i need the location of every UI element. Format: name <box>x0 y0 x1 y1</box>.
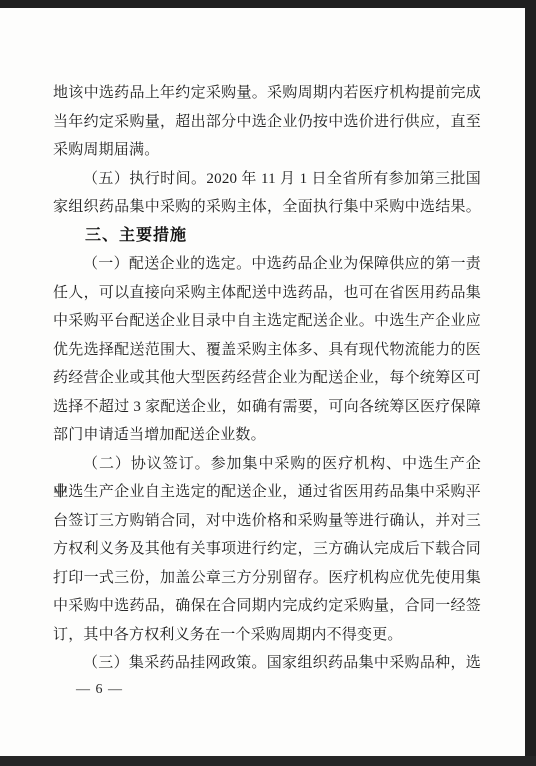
text-line: 地该中选药品上年约定采购量。采购周期内若医疗机构提前完成 <box>53 79 481 108</box>
scan-edge-right <box>525 0 536 766</box>
section-heading: 三、主要措施 <box>53 222 481 251</box>
text-line: 采购周期届满。 <box>53 136 481 165</box>
text-line: 优先选择配送范围大、覆盖采购主体多、具有现代物流能力的医 <box>53 336 481 365</box>
text-line: （二）协议签订。参加集中采购的医疗机构、中选生产企业、 <box>53 450 481 479</box>
text-line: 任人，可以直接向采购主体配送中选药品，也可在省医用药品集 <box>53 279 481 308</box>
scanned-document-page: 地该中选药品上年约定采购量。采购周期内若医疗机构提前完成当年约定采购量，超出部分… <box>0 0 536 766</box>
text-line: 选择不超过 3 家配送企业，如确有需要，可向各统筹区医疗保障 <box>53 393 481 422</box>
page-number: — 6 — <box>76 682 123 698</box>
text-line: （一）配送企业的选定。中选药品企业为保障供应的第一责 <box>53 250 481 279</box>
text-line: 药经营企业或其他大型医药经营企业为配送企业，每个统筹区可 <box>53 364 481 393</box>
scan-edge-top <box>0 0 536 8</box>
text-line: （三）集采药品挂网政策。国家组织药品集中采购品种，选 <box>53 649 481 678</box>
text-line: （五）执行时间。2020 年 11 月 1 日全省所有参加第三批国 <box>53 165 481 194</box>
text-line: 台签订三方购销合同，对中选价格和采购量等进行确认，并对三 <box>53 507 481 536</box>
text-line: 中采购中选药品，确保在合同期内完成约定采购量，合同一经签 <box>53 592 481 621</box>
text-line: 方权利义务及其他有关事项进行约定，三方确认完成后下载合同 <box>53 535 481 564</box>
text-line: 当年约定采购量，超出部分中选企业仍按中选价进行供应，直至 <box>53 108 481 137</box>
text-line: 中选生产企业自主选定的配送企业，通过省医用药品集中采购平 <box>53 478 481 507</box>
document-body: 地该中选药品上年约定采购量。采购周期内若医疗机构提前完成当年约定采购量，超出部分… <box>53 79 481 678</box>
text-line: 订，其中各方权利义务在一个采购周期内不得变更。 <box>53 621 481 650</box>
text-line: 家组织药品集中采购的采购主体，全面执行集中采购中选结果。 <box>53 193 481 222</box>
text-line: 部门申请适当增加配送企业数。 <box>53 421 481 450</box>
text-line: 打印一式三份，加盖公章三方分别留存。医疗机构应优先使用集 <box>53 564 481 593</box>
text-line: 中采购平台配送企业目录中自主选定配送企业。中选生产企业应 <box>53 307 481 336</box>
scan-edge-bottom <box>0 756 536 766</box>
